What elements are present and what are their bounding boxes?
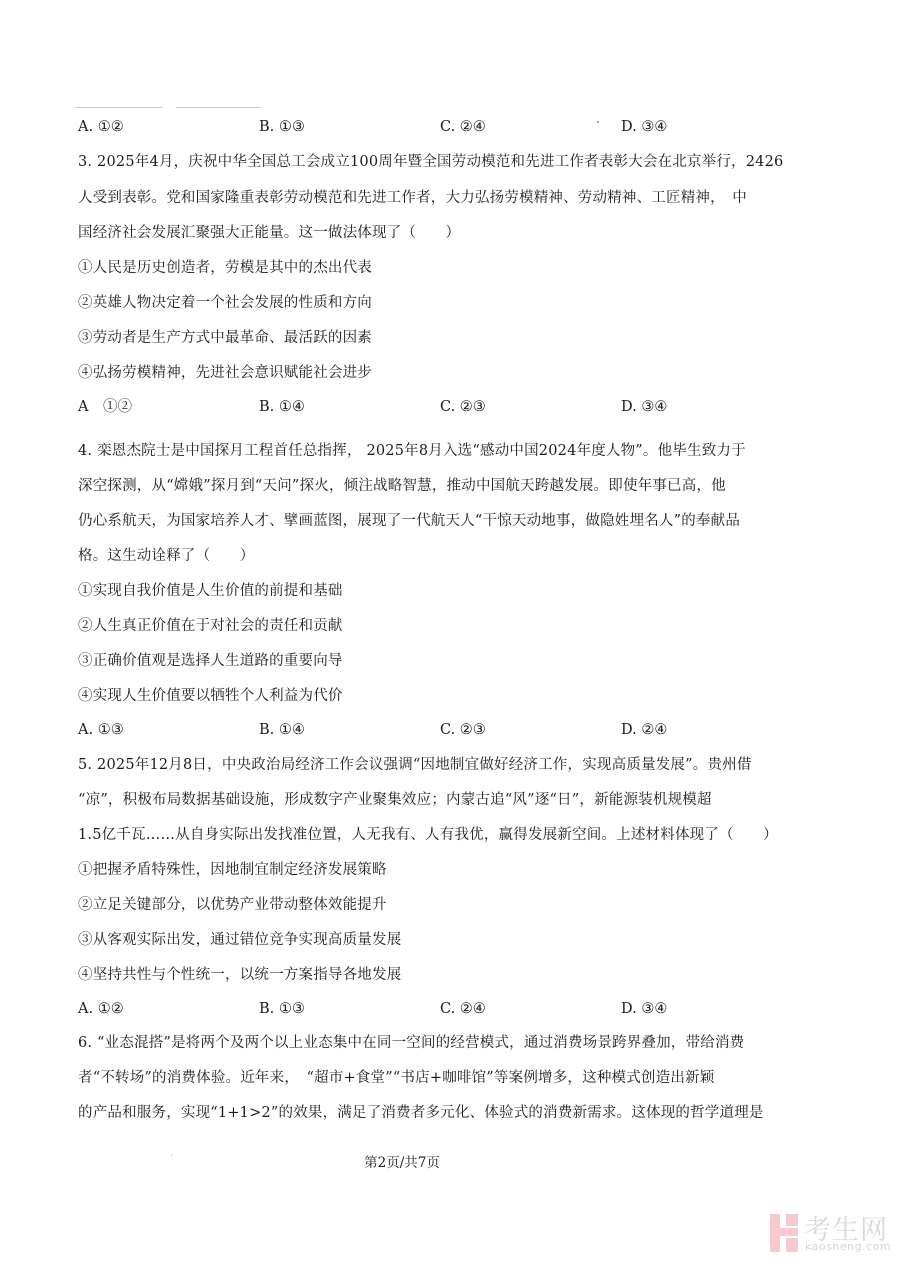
q4-option-b[interactable]: B. ①④ (259, 720, 305, 740)
watermark: 考生网 kaosheng.com (770, 1212, 890, 1256)
q3-stem-line: 3. 2025年4月，庆祝中华全国总工会成立100周年暨全国劳动模范和先进工作者… (78, 152, 783, 172)
q4-statement: ②人生真正价值在于对社会的责任和贡献 (78, 616, 343, 636)
q5-stem-line: 1.5亿千瓦……从自身实际出发找准位置，人无我有、人有我优，赢得发展新空间。上述… (78, 825, 778, 845)
q2-options: A. ①② B. ①③ C. ②④ D. ③④ (78, 117, 838, 137)
q3-statement: ③劳动者是生产方式中最革命、最活跃的因素 (78, 328, 372, 348)
q6-stem-line: 6. “业态混搭”是将两个及两个以上业态集中在同一空间的经营模式，通过消费场景跨… (78, 1033, 744, 1053)
q4-stem-line: 仍心系航天，为国家培养人才、擘画蓝图，展现了一代航天人“干惊天动地事，做隐姓埋名… (78, 511, 740, 531)
q4-statement: ①实现自我价值是人生价值的前提和基础 (78, 581, 343, 601)
q3-statement: ②英雄人物决定着一个社会发展的性质和方向 (78, 293, 372, 313)
q4-statement: ④实现人生价值要以牺牲个人利益为代价 (78, 686, 343, 706)
q3-options: A ①② B. ①④ C. ②③ D. ③④ (78, 397, 838, 417)
stray-dot (597, 121, 599, 123)
q5-option-a[interactable]: A. ①② (78, 999, 124, 1019)
q2-option-a[interactable]: A. ①② (78, 117, 124, 137)
q6-stem-line: 者“不转场”的消费体验。近年来， “超市+食堂”“书店+咖啡馆”等案例增多，这种… (78, 1068, 714, 1088)
exam-page: A. ①② B. ①③ C. ②④ D. ③④ 3. 2025年4月，庆祝中华全… (0, 0, 900, 1273)
q2-option-c[interactable]: C. ②④ (440, 117, 486, 137)
q4-option-d[interactable]: D. ②④ (621, 720, 667, 740)
q5-stem-line: “凉”，积极布局数据基础设施，形成数字产业聚集效应；内蒙古追“风”逐“日”，新能… (78, 790, 712, 810)
q3-option-a[interactable]: A ①② (78, 397, 132, 417)
kaosheng-logo-icon (770, 1214, 798, 1252)
q6-stem-line: 的产品和服务，实现“1+1>2”的效果，满足了消费者多元化、体验式的消费新需求。… (78, 1103, 764, 1123)
q4-option-a[interactable]: A. ①③ (78, 720, 124, 740)
q5-statement: ②立足关键部分，以优势产业带动整体效能提升 (78, 895, 387, 915)
q3-stem-line: 人受到表彰。党和国家隆重表彰劳动模范和先进工作者，大力弘扬劳模精神、劳动精神、工… (78, 188, 747, 208)
q5-stem-line: 5. 2025年12月8日，中央政治局经济工作会议强调“因地制宜做好经济工作，实… (78, 755, 752, 775)
q5-statement: ④坚持共性与个性统一，以统一方案指导各地发展 (78, 965, 401, 985)
q2-option-d[interactable]: D. ③④ (621, 117, 667, 137)
q4-option-c[interactable]: C. ②③ (440, 720, 486, 740)
q5-option-b[interactable]: B. ①③ (259, 999, 305, 1019)
q3-statement: ④弘扬劳模精神，先进社会意识赋能社会进步 (78, 363, 372, 383)
q4-options: A. ①③ B. ①④ C. ②③ D. ②④ (78, 720, 838, 740)
watermark-en: kaosheng.com (805, 1240, 891, 1253)
q4-stem-line: 深空探测，从“嫦娥”探月到“天问”探火，倾注战略智慧，推动中国航天跨越发展。即使… (78, 476, 726, 496)
q5-statement: ③从客观实际出发，通过错位竞争实现高质量发展 (78, 930, 401, 950)
q5-options: A. ①② B. ①③ C. ②④ D. ③④ (78, 999, 838, 1019)
q4-stem-line: 4. 栾恩杰院士是中国探月工程首任总指挥， 2025年8月入选“感动中国2024… (78, 441, 746, 461)
page-footer: 第2页/共7页 (0, 1151, 900, 1171)
q3-option-d[interactable]: D. ③④ (621, 397, 667, 417)
q5-statement: ①把握矛盾特殊性，因地制宜制定经济发展策略 (78, 860, 387, 880)
q3-stem-line: 国经济社会发展汇聚强大正能量。这一做法体现了（ ） (78, 223, 460, 243)
page-indicator: 第2页/共7页 (364, 1155, 440, 1171)
q4-statement: ③正确价值观是选择人生道路的重要向导 (78, 651, 343, 671)
q4-stem-line: 格。这生动诠释了（ ） (78, 546, 254, 566)
q3-statement: ①人民是历史创造者，劳模是其中的杰出代表 (78, 258, 372, 278)
q3-option-c[interactable]: C. ②③ (440, 397, 486, 417)
q5-option-c[interactable]: C. ②④ (440, 999, 486, 1019)
q5-option-d[interactable]: D. ③④ (621, 999, 667, 1019)
q2-option-b[interactable]: B. ①③ (259, 117, 305, 137)
q3-option-b[interactable]: B. ①④ (259, 397, 305, 417)
